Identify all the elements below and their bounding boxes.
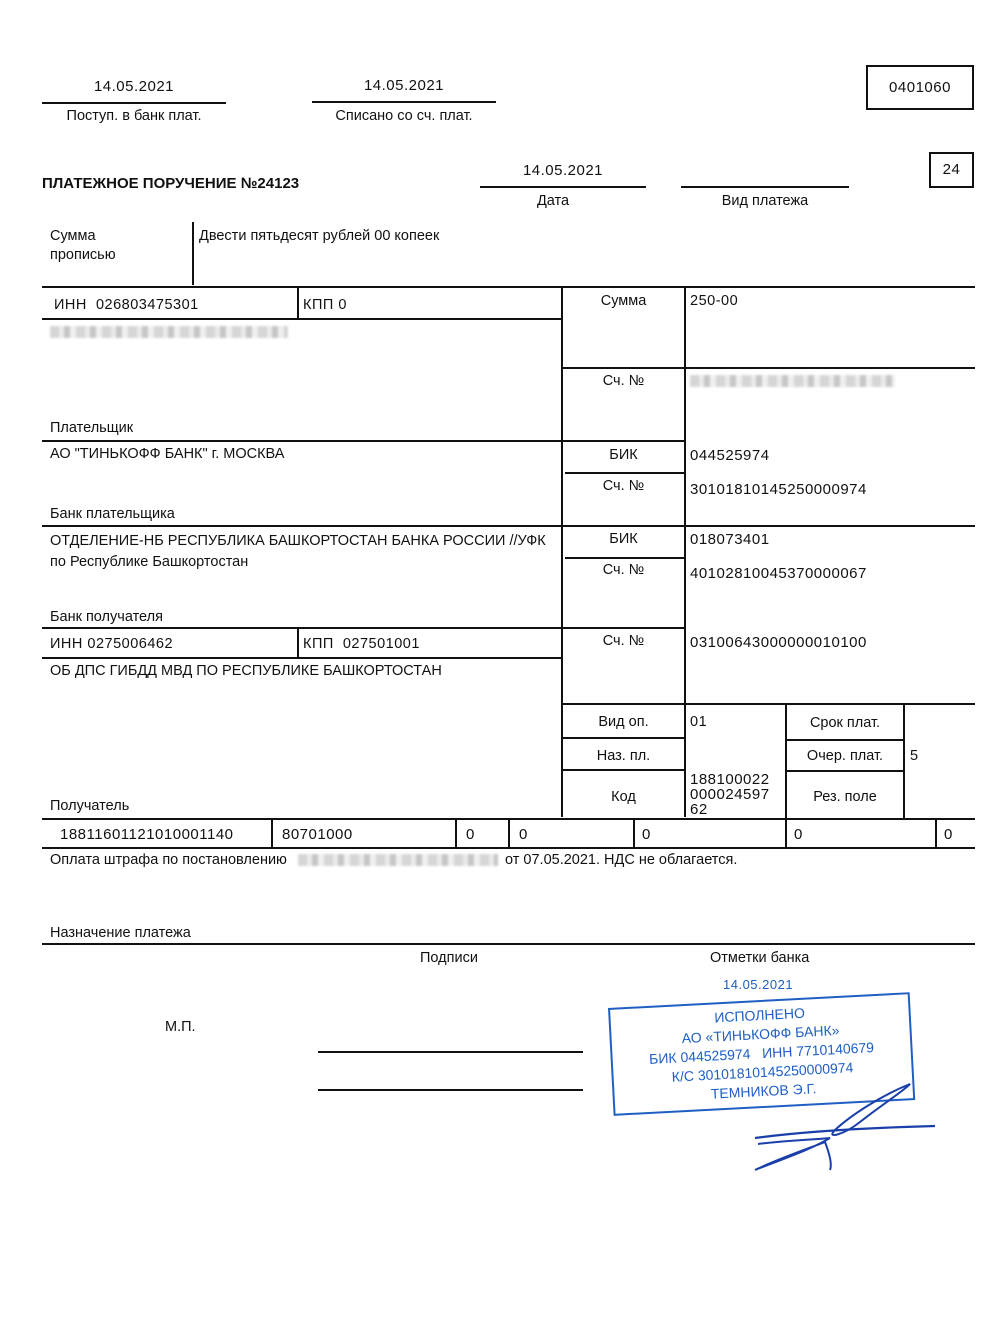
tax-col-785 [785, 819, 787, 848]
payment-type-line [681, 186, 849, 188]
purpose-line [42, 943, 975, 945]
document-date-line [480, 186, 646, 188]
row-line-440 [42, 440, 685, 442]
code-line-1: 188100022 [690, 772, 770, 787]
purpose-code-label: Наз. пл. [563, 748, 684, 764]
purpose-redacted [298, 854, 498, 866]
payee-kpp-value: 027501001 [343, 636, 420, 652]
signatures-label: Подписи [420, 950, 478, 966]
priority-value: 5 [910, 748, 919, 764]
col-line-903 [903, 703, 905, 818]
payee-kpp: КПП 027501001 [303, 636, 420, 652]
code-line-3: 62 [690, 802, 770, 817]
reserve-label: Рез. поле [787, 789, 903, 805]
amount-words-value: Двести пятьдесят рублей 00 копеек [199, 228, 439, 244]
amount-label: Сумма [563, 293, 684, 309]
payer-inn: ИНН 026803475301 [54, 297, 199, 313]
tax-kbk: 18811601121010001140 [60, 826, 234, 843]
payee-kpp-label: КПП [303, 636, 334, 652]
row-line-657 [42, 657, 561, 659]
code-line-2: 000024597 [690, 787, 770, 802]
code-value: 188100022 000024597 62 [690, 772, 770, 817]
debited-label: Списано со сч. плат. [312, 108, 496, 124]
status-code-box: 24 [929, 152, 974, 188]
seal-label: М.П. [165, 1019, 196, 1035]
row-line-525 [42, 525, 975, 527]
row-line-287 [42, 286, 975, 288]
form-code: 0401060 [889, 79, 951, 96]
payee-bank-bik: 018073401 [690, 531, 770, 548]
payer-label: Плательщик [50, 420, 133, 436]
document-date: 14.05.2021 [480, 162, 646, 179]
payer-kpp-value: 0 [338, 297, 347, 313]
received-date-line [42, 102, 226, 104]
payee-inn: ИНН 0275006462 [50, 636, 173, 652]
document-date-label: Дата [480, 193, 626, 209]
payee-bank-bik-label: БИК [563, 531, 684, 547]
received-date: 14.05.2021 [42, 78, 226, 95]
payer-bank-name: АО "ТИНЬКОФФ БАНК" г. МОСКВА [50, 446, 284, 462]
payee-inn-kpp-divider [297, 627, 299, 658]
signature-scribble-icon [740, 1060, 950, 1180]
payee-account-label: Сч. № [563, 633, 684, 649]
row-line-367 [563, 367, 975, 369]
amount-words-label-1: Сумма [50, 228, 96, 244]
amount-value: 250-00 [690, 293, 738, 309]
code-label: Код [563, 789, 684, 805]
amount-words-divider [192, 222, 194, 285]
payee-account: 03100643000000010100 [690, 634, 867, 651]
payer-kpp: КПП 0 [303, 297, 347, 313]
payee-inn-value: 0275006462 [87, 636, 173, 652]
bank-date: 14.05.2021 [723, 977, 793, 992]
payment-type-label: Вид платежа [681, 193, 849, 209]
document-title: ПЛАТЕЖНОЕ ПОРУЧЕНИЕ №24123 [42, 175, 299, 192]
row-line-737 [563, 737, 685, 739]
tax-col-455 [455, 819, 457, 848]
payer-name-redacted [50, 326, 288, 338]
tax-col-935 [935, 819, 937, 848]
payer-bank-bik: 044525974 [690, 447, 770, 464]
signature-line-2 [318, 1089, 583, 1091]
payer-bank-account-label: Сч. № [563, 478, 684, 494]
status-code: 24 [943, 161, 961, 178]
payer-inn-value: 026803475301 [96, 297, 199, 313]
payer-account-redacted [690, 375, 895, 387]
amount-words-label-2: прописью [50, 247, 116, 263]
purpose-text-after: от 07.05.2021. НДС не облагается. [505, 852, 737, 868]
tax-doc-number: 0 [642, 826, 651, 843]
payer-account-label: Сч. № [563, 373, 684, 389]
payee-bank-name: ОТДЕЛЕНИЕ-НБ РЕСПУБЛИКА БАШКОРТОСТАН БАН… [50, 531, 560, 573]
payee-inn-label: ИНН [50, 636, 83, 652]
row-line-739 [786, 739, 904, 741]
debited-date-line [312, 101, 496, 103]
payer-inn-label: ИНН [54, 297, 87, 313]
payer-bank-label: Банк плательщика [50, 506, 175, 522]
due-label: Срок плат. [787, 715, 903, 731]
form-code-box: 0401060 [866, 65, 974, 110]
signature-line-1 [318, 1051, 583, 1053]
bank-marks-label: Отметки банка [710, 950, 809, 966]
payee-label: Получатель [50, 798, 129, 814]
op-type-value: 01 [690, 714, 707, 730]
tax-oktmo: 80701000 [282, 826, 353, 843]
tax-doc-date: 0 [794, 826, 803, 843]
payer-bank-account: 30101810145250000974 [690, 481, 867, 498]
row-line-627 [42, 627, 685, 629]
payer-kpp-label: КПП [303, 297, 334, 313]
row-line-703 [563, 703, 975, 705]
tax-basis: 0 [466, 826, 475, 843]
payer-bank-bik-label: БИК [563, 447, 684, 463]
payer-inn-kpp-divider [297, 287, 299, 319]
row-line-769 [563, 769, 685, 771]
tax-col-508 [508, 819, 510, 848]
op-type-label: Вид оп. [563, 714, 684, 730]
tax-type: 0 [944, 826, 953, 843]
payee-bank-label: Банк получателя [50, 609, 163, 625]
tax-col-271 [271, 819, 273, 848]
tax-col-633 [633, 819, 635, 848]
debited-date: 14.05.2021 [312, 77, 496, 94]
payee-bank-account: 40102810045370000067 [690, 565, 867, 582]
row-line-472 [565, 472, 685, 474]
received-label: Поступ. в банк плат. [42, 108, 226, 124]
payee-name: ОБ ДПС ГИБДД МВД ПО РЕСПУБЛИКЕ БАШКОРТОС… [50, 663, 442, 679]
row-line-558 [565, 557, 685, 559]
payee-bank-account-label: Сч. № [563, 562, 684, 578]
purpose-label: Назначение платежа [50, 925, 191, 941]
payer-inn-line [42, 318, 561, 320]
tax-period: 0 [519, 826, 528, 843]
row-line-770 [786, 770, 904, 772]
purpose-text-before: Оплата штрафа по постановлению [50, 852, 287, 868]
priority-label: Очер. плат. [787, 748, 903, 764]
